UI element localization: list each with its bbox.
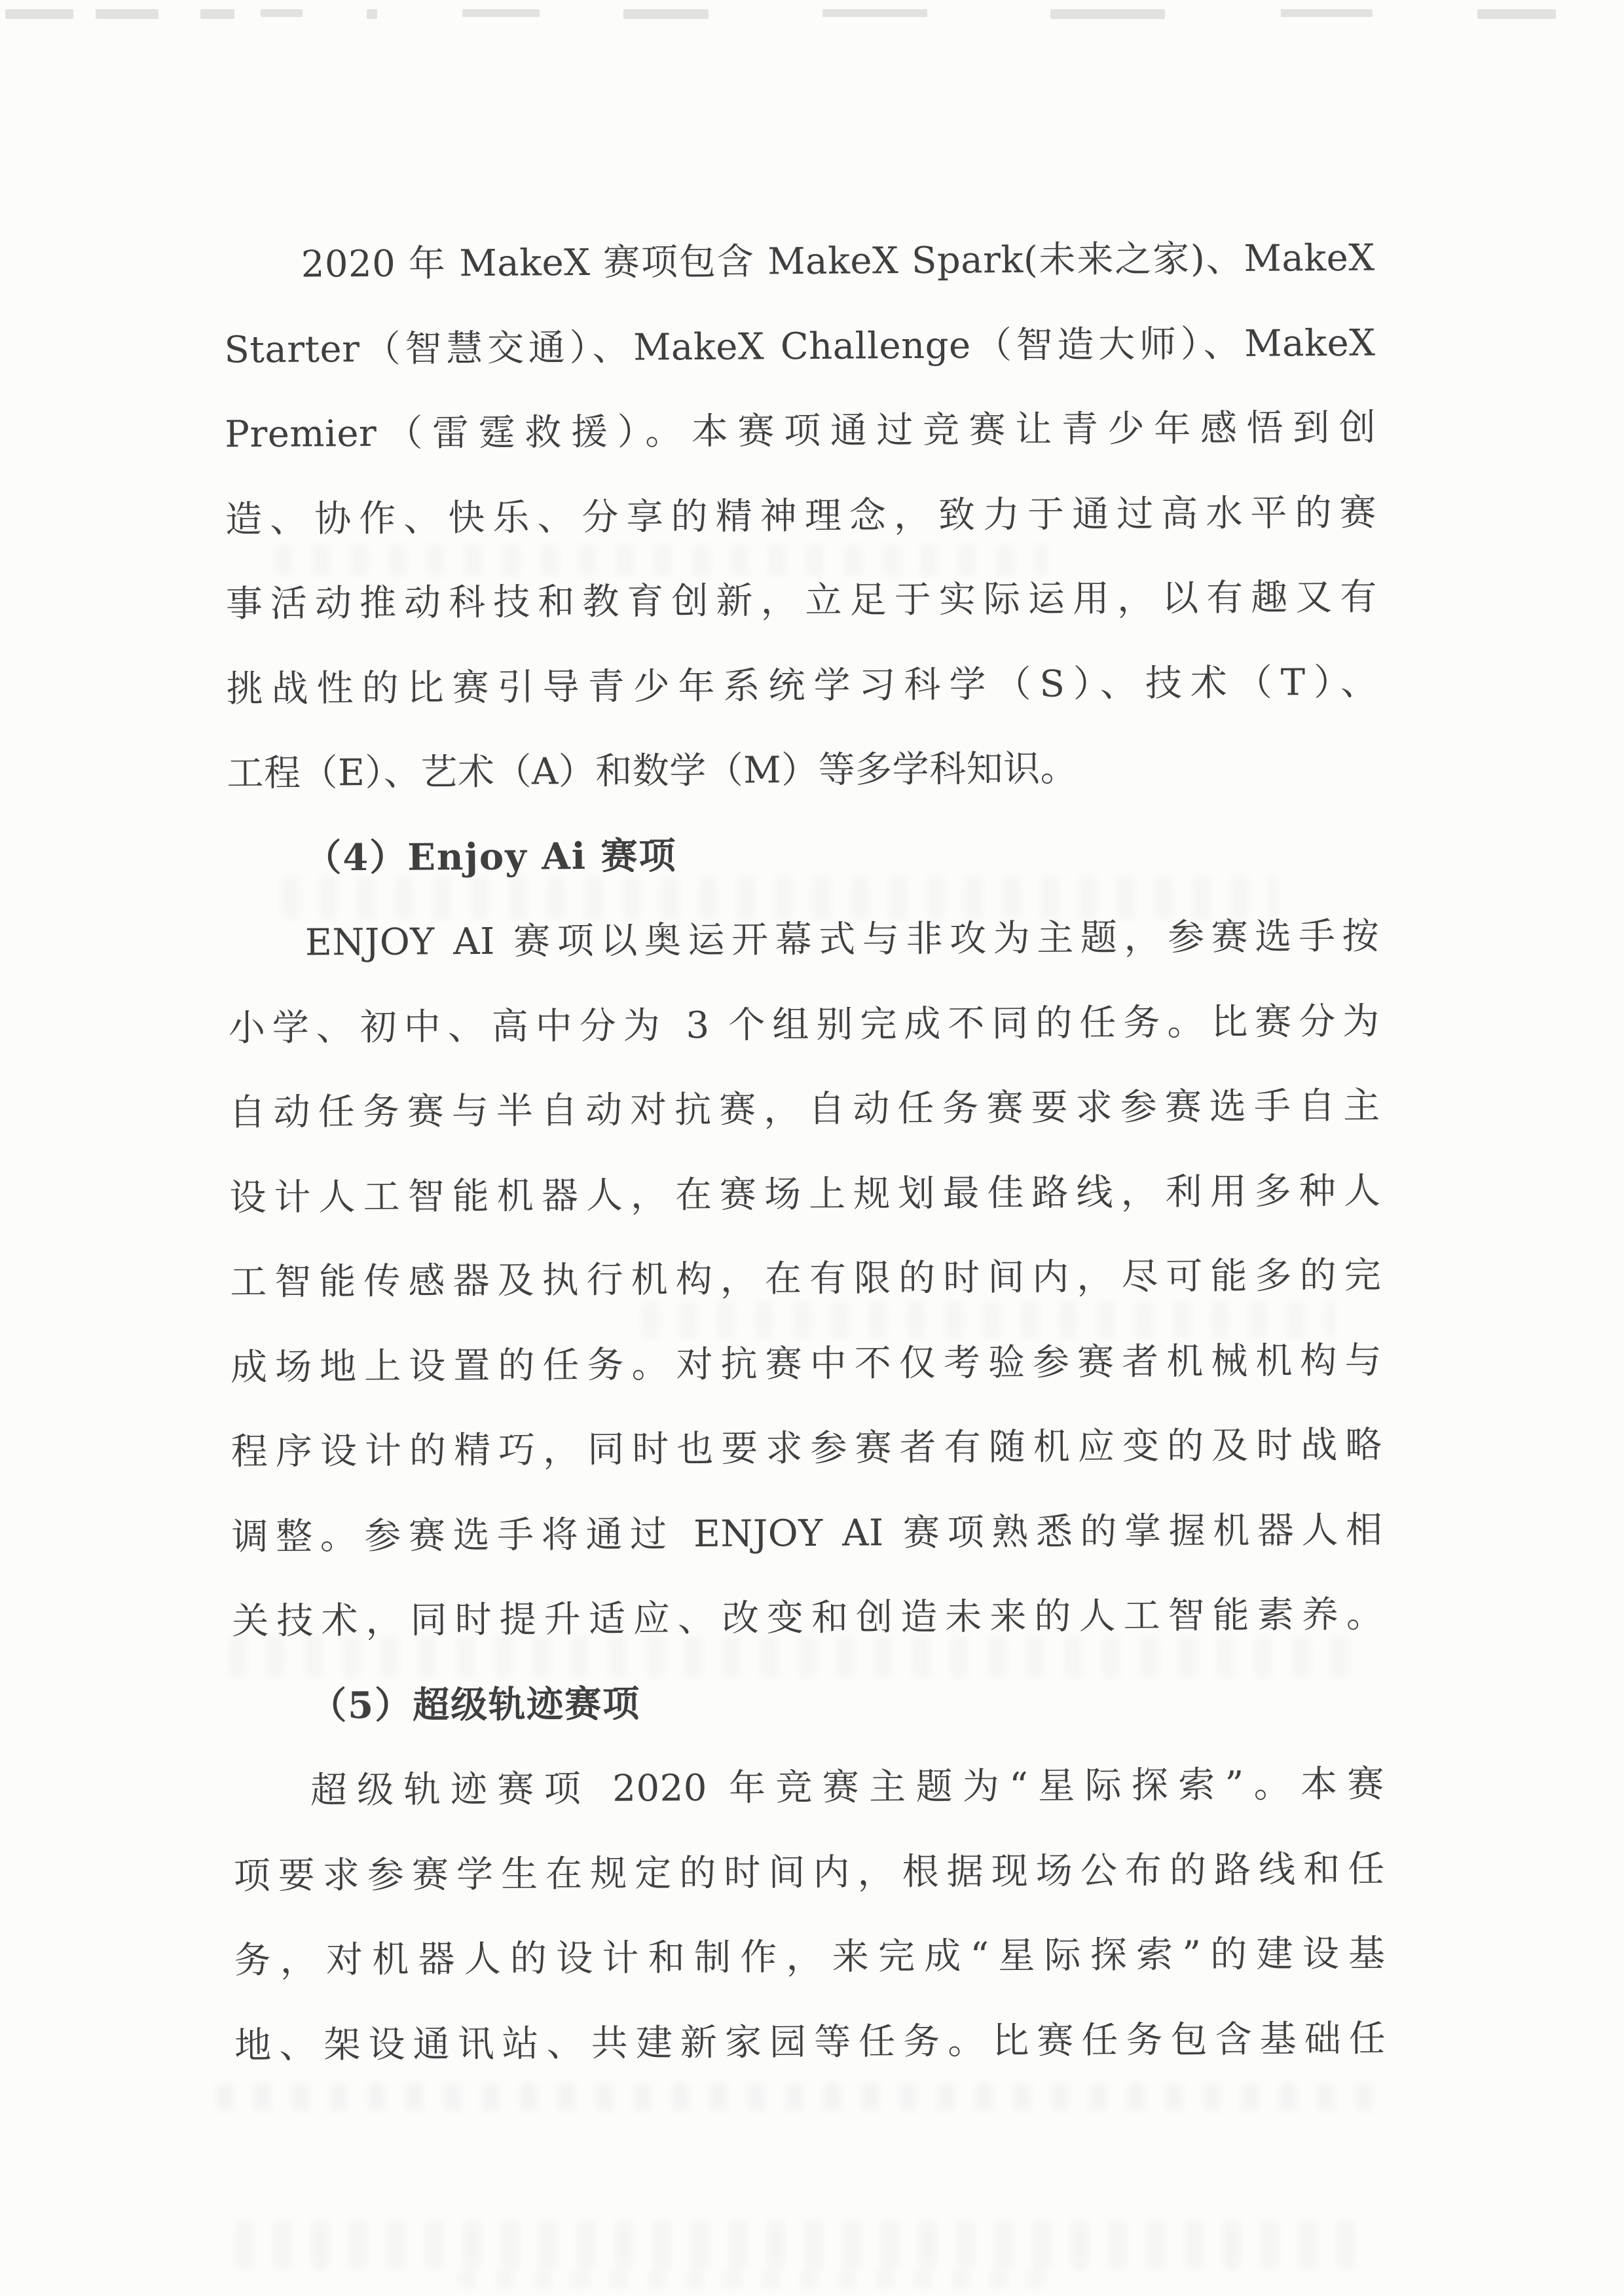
text-line: Starter（智慧交通）、MakeX Challenge（智造大师）、Make… — [224, 301, 1376, 392]
text-line: 调整。参赛选手将通过 ENJOY AI 赛项熟悉的掌握机器人相 — [231, 1487, 1383, 1579]
text-line: 务，对机器人的设计和制作，来完成“星际探索”的建设基 — [234, 1912, 1386, 2003]
text-line: 超级轨迹赛项 2020 年竞赛主题为“星际探索”。本赛 — [233, 1742, 1385, 1834]
scan-edge-artifact — [261, 9, 303, 17]
section-heading-5: （5）超级轨迹赛项 — [232, 1657, 1384, 1749]
text-line: 工智能传感器及执行机构，在有限的时间内，尽可能多的完 — [230, 1233, 1382, 1325]
text-line: 工程（E）、艺术（A）和数学（M）等多学科知识。 — [227, 725, 1378, 816]
scan-edge-artifact — [367, 9, 377, 19]
scanned-document-page: 2020 年 MakeX 赛项包含 MakeX Spark(未来之家)、Make… — [0, 0, 1624, 2296]
scan-edge-artifact — [1477, 9, 1556, 19]
section-heading-4: （4）Enjoy Ai 赛项 — [227, 809, 1379, 901]
text-line: 小学、初中、高中分为 3 个组别完成不同的任务。比赛分为 — [228, 979, 1380, 1070]
text-line: 自动任务赛与半自动对抗赛，自动任务赛要求参赛选手自主 — [229, 1064, 1380, 1156]
scan-edge-artifact — [5, 9, 73, 19]
text-line: Premier（雷霆救援）。本赛项通过竞赛让青少年感悟到创 — [225, 386, 1376, 477]
document-text: 2020 年 MakeX 赛项包含 MakeX Spark(未来之家)、Make… — [223, 216, 1386, 2088]
text-line: 成场地上设置的任务。对抗赛中不仅考验参赛者机械机构与 — [231, 1318, 1382, 1410]
text-line: 程序设计的精巧，同时也要求参赛者有随机应变的及时战略 — [231, 1403, 1382, 1495]
text-line: 2020 年 MakeX 赛项包含 MakeX Spark(未来之家)、Make… — [223, 216, 1375, 308]
text-line: 地、架设通讯站、共建新家园等任务。比赛任务包含基础任 — [234, 1996, 1386, 2088]
scan-edge-artifact — [462, 9, 540, 17]
bleed-through-artifact — [236, 2221, 1362, 2269]
scan-edge-artifact — [623, 9, 709, 19]
scan-edge-artifact — [1050, 9, 1165, 19]
text-line: 项要求参赛学生在规定的时间内，根据现场公布的路线和任 — [233, 1827, 1385, 1918]
text-line: ENJOY AI 赛项以奥运开幕式与非攻为主题，参赛选手按 — [228, 894, 1380, 986]
bleed-through-artifact — [458, 2270, 1048, 2289]
text-line: 造、协作、快乐、分享的精神理念，致力于通过高水平的赛 — [225, 470, 1377, 562]
bleed-through-artifact — [216, 2083, 1382, 2111]
text-line: 关技术，同时提升适应、改变和创造未来的人工智能素养。 — [232, 1573, 1384, 1664]
text-line: 挑战性的比赛引导青少年系统学习科学（S）、技术（T）、 — [226, 640, 1378, 731]
scan-edge-artifact — [96, 9, 158, 19]
scan-edge-artifact — [1281, 9, 1373, 17]
scan-edge-artifact — [200, 9, 234, 19]
scan-edge-artifact — [822, 9, 927, 17]
text-line: 事活动推动科技和教育创新，立足于实际运用，以有趣又有 — [225, 555, 1377, 647]
text-line: 设计人工智能机器人，在赛场上规划最佳路线，利用多种人 — [229, 1148, 1381, 1240]
